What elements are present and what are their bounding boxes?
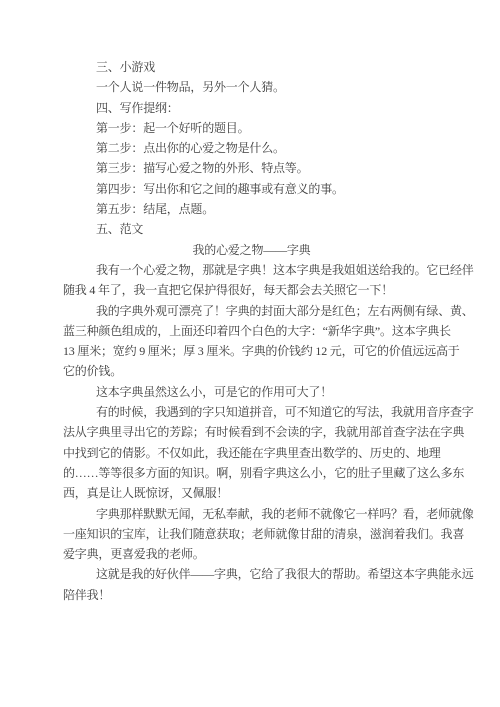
essay-line: 一座知识的宝库，让我们随意获取；老师就像甘甜的清泉，滋润着我们。我喜 [0, 524, 500, 544]
essay-line: 的……等等很多方面的知识。啊，别看字典这么小，它的肚子里藏了这么多东 [0, 463, 500, 483]
essay-line: 随我 4 年了，我一直把它保护得很好，每天都会去关照它一下！ [0, 280, 500, 300]
essay-line: 陪伴我！ [0, 585, 500, 605]
outline-step-3: 第三步：描写心爱之物的外形、特点等。 [0, 158, 500, 178]
essay-line: 蓝三种颜色组成的，上面还印着四个白色的大字：“新华字典”。这本字典长 [0, 321, 500, 341]
essay-line: 它的价钱。 [0, 361, 500, 381]
outline-heading-section4: 四、写作提纲： [0, 98, 500, 118]
outline-heading-section3: 三、小游戏 [0, 57, 500, 77]
outline-step-5: 第五步：结尾，点题。 [0, 199, 500, 219]
essay-line: 这本字典虽然这么小，可是它的作用可大了！ [0, 382, 500, 402]
essay-line: 我有一个心爱之物，那就是字典！这本字典是我姐姐送给我的。它已经伴 [0, 260, 500, 280]
outline-heading-section5: 五、范文 [0, 219, 500, 239]
outline-step-2: 第二步：点出你的心爱之物是什么。 [0, 138, 500, 158]
essay-line: 西，真是让人既惊讶，又佩服！ [0, 483, 500, 503]
essay-line: 爱字典，更喜爱我的老师。 [0, 544, 500, 564]
document-page: 三、小游戏 一个人说一件物品，另外一个人猜。 四、写作提纲： 第一步：起一个好听… [0, 0, 500, 707]
outline-step-4: 第四步：写出你和它之间的趣事或有意义的事。 [0, 179, 500, 199]
essay-title: 我的心爱之物——字典 [0, 240, 500, 260]
essay-line: 13 厘米；宽约 9 厘米；厚 3 厘米。字典的价钱约 12 元，可它的价值远远… [0, 341, 500, 361]
essay-line: 这就是我的好伙伴——字典，它给了我很大的帮助。希望这本字典能永远 [0, 564, 500, 584]
outline-step-1: 第一步：起一个好听的题目。 [0, 118, 500, 138]
essay-line: 中找到它的倩影。不仅如此，我还能在字典里查出数学的、历史的、地理 [0, 443, 500, 463]
essay-line: 法从字典里寻出它的芳踪；有时候看到不会读的字，我就用部首查字法在字典 [0, 422, 500, 442]
essay-line: 字典那样默默无闻，无私奉献，我的老师不就像它一样吗？看，老师就像 [0, 504, 500, 524]
essay-line: 有的时候，我遇到的字只知道拼音，可不知道它的写法，我就用音序查字 [0, 402, 500, 422]
outline-line: 一个人说一件物品，另外一个人猜。 [0, 77, 500, 97]
essay-line: 我的字典外观可漂亮了！字典的封面大部分是红色；左右两侧有绿、黄、 [0, 301, 500, 321]
